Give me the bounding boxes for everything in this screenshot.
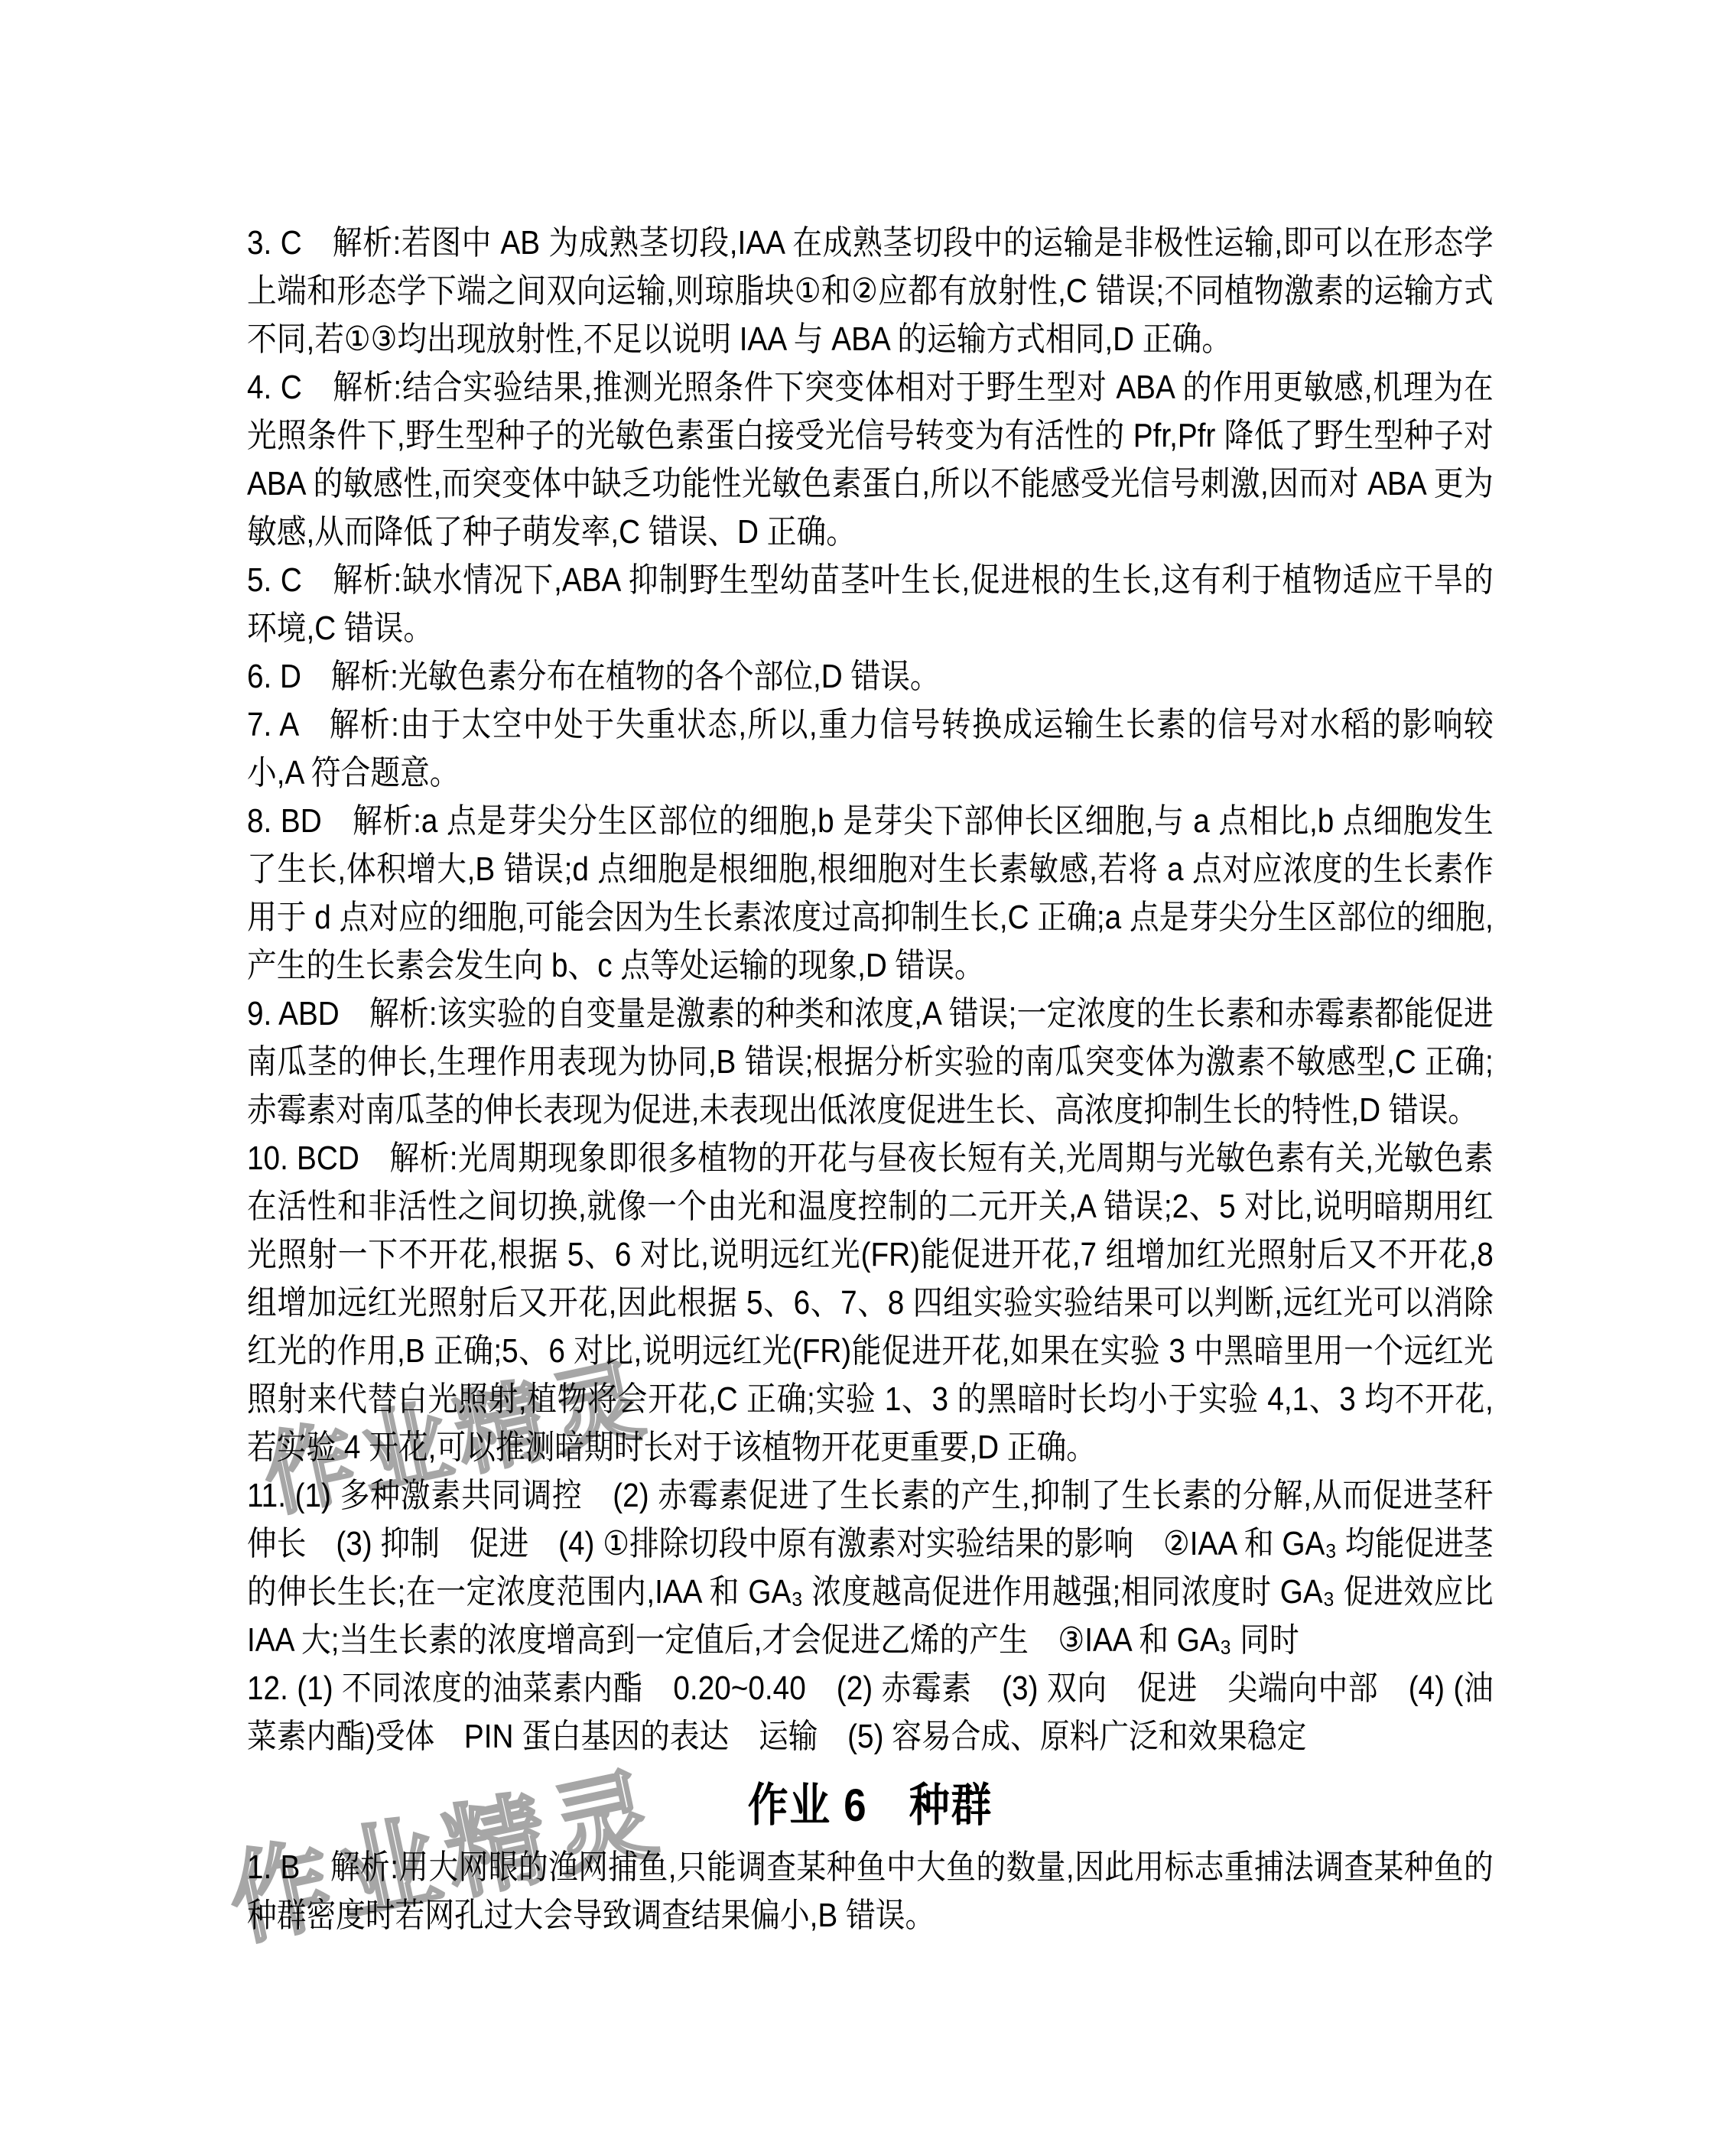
answer-item-6: 6. D 解析:光敏色素分布在植物的各个部位,D 错误。 bbox=[247, 652, 1494, 701]
answer-key-page: 作业精灵 作业精灵 3. C 解析:若图中 AB 为成熟茎切段,IAA 在成熟茎… bbox=[0, 0, 1736, 2149]
answer-item-8: 8. BD 解析:a 点是芽尖分生区部位的细胞,b 是芽尖下部伸长区细胞,与 a… bbox=[247, 797, 1494, 990]
answer-item-12: 12. (1) 不同浓度的油菜素内酯 0.20~0.40 (2) 赤霉素 (3)… bbox=[247, 1664, 1494, 1760]
answer-item-5: 5. C 解析:缺水情况下,ABA 抑制野生型幼苗茎叶生长,促进根的生长,这有利… bbox=[247, 556, 1494, 652]
answer-item-3: 3. C 解析:若图中 AB 为成熟茎切段,IAA 在成熟茎切段中的运输是非极性… bbox=[247, 219, 1494, 363]
answer-item-1-population: 1. B 解析:用大网眼的渔网捕鱼,只能调查某种鱼中大鱼的数量,因此用标志重捕法… bbox=[247, 1843, 1494, 1939]
answer-item-7: 7. A 解析:由于太空中处于失重状态,所以,重力信号转换成运输生长素的信号对水… bbox=[247, 701, 1494, 797]
answer-item-9: 9. ABD 解析:该实验的自变量是激素的种类和浓度,A 错误;一定浓度的生长素… bbox=[247, 990, 1494, 1134]
answer-item-10: 10. BCD 解析:光周期现象即很多植物的开花与昼夜长短有关,光周期与光敏色素… bbox=[247, 1134, 1494, 1471]
answer-content: 3. C 解析:若图中 AB 为成熟茎切段,IAA 在成熟茎切段中的运输是非极性… bbox=[247, 219, 1494, 1939]
section-title-homework-6-population: 作业 6 种群 bbox=[247, 1777, 1494, 1834]
answer-item-4: 4. C 解析:结合实验结果,推测光照条件下突变体相对于野生型对 ABA 的作用… bbox=[247, 363, 1494, 556]
answer-item-11: 11. (1) 多种激素共同调控 (2) 赤霉素促进了生长素的产生,抑制了生长素… bbox=[247, 1471, 1494, 1664]
